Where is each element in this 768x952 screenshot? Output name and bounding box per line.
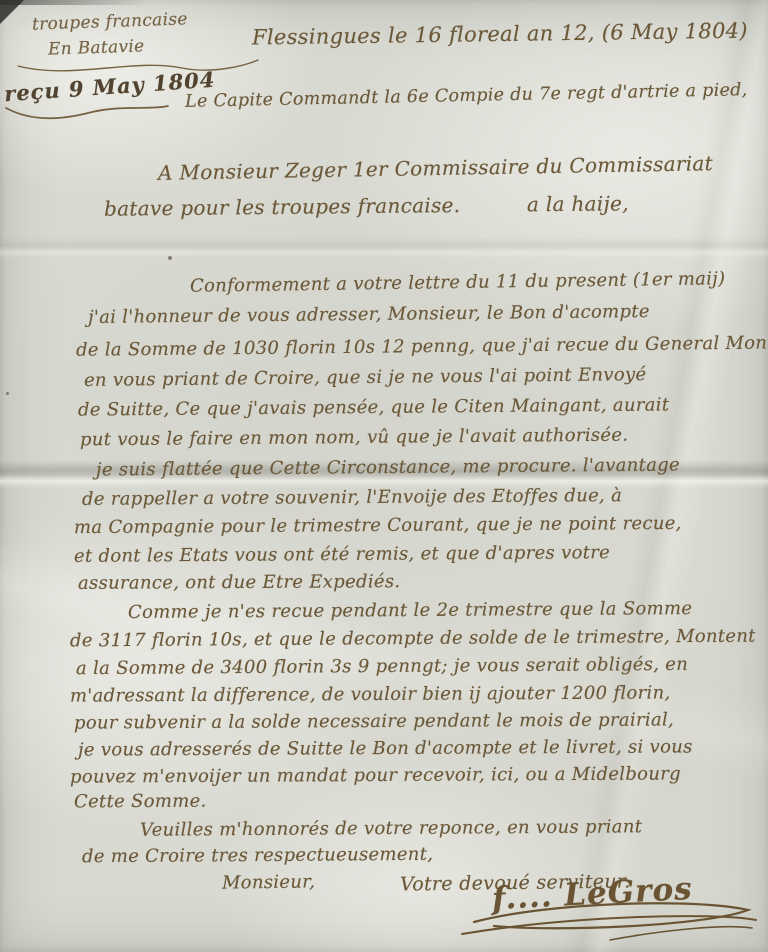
faint-fold-crease [0, 236, 768, 258]
body-line: m'adressant la difference, de vouloir bi… [70, 682, 671, 706]
body-line: de rappeller a votre souvenir, l'Envoije… [82, 485, 622, 510]
recipient-line-2: batave pour les troupes francaise. a la … [104, 191, 629, 220]
body-line: de la Somme de 1030 florin 10s 12 penng,… [76, 332, 768, 361]
photo-corner-shadow [0, 0, 24, 24]
body-line: en vous priant de Croire, que si je ne v… [84, 364, 647, 391]
body-line: put vous le faire en mon nom, vû que je … [80, 425, 628, 451]
body-line: assurance, ont due Etre Expediés. [78, 571, 400, 594]
sender-line: Le Capite Commandt la 6e Compie du 7e re… [185, 80, 748, 112]
annotation-en-batavie: En Batavie [48, 36, 145, 59]
closing-line: Veuilles m'honnorés de votre reponce, en… [140, 816, 642, 841]
body-line: je vous adresserés de Suitte le Bon d'ac… [78, 736, 693, 760]
letter-page: troupes francaise En Batavie reçu 9 May … [0, 0, 768, 952]
closing-line: de me Croire tres respectueusement, [82, 844, 433, 867]
top-edge-shadow [0, 0, 150, 5]
body-line: j'ai l'honneur de vous adresser, Monsieu… [88, 301, 650, 328]
body-line: a la Somme de 3400 florin 3s 9 penngt; j… [76, 654, 688, 679]
body-line: Conformement a votre lettre du 11 du pre… [190, 268, 726, 296]
body-line: de Suitte, Ce que j'avais pensée, que le… [78, 394, 670, 420]
recipient-line-1: A Monsieur Zeger 1er Commissaire du Comm… [158, 151, 713, 185]
body-line: pouvez m'envoijer un mandat pour recevoi… [70, 763, 681, 787]
dateline: Flessingues le 16 floreal an 12, (6 May … [252, 19, 748, 50]
body-line: ma Compagnie pour le trimestre Courant, … [74, 513, 682, 538]
annotation-troupes-francaise: troupes francaise [32, 9, 188, 34]
body-line: et dont les Etats vous ont été remis, et… [74, 542, 610, 567]
photographed-letter: troupes francaise En Batavie reçu 9 May … [0, 0, 768, 952]
body-line: pour subvenir a la solde necessaire pend… [74, 709, 674, 733]
ink-speck [6, 392, 9, 395]
ink-speck [168, 256, 172, 260]
received-flourish [2, 102, 172, 124]
body-line: Comme je n'es recue pendant le 2e trimes… [128, 598, 692, 623]
body-line: de 3117 florin 10s, et que le decompte d… [70, 626, 756, 652]
body-line: je suis flattée que Cette Circonstance, … [96, 454, 680, 480]
salutation: Monsieur, [222, 871, 315, 893]
body-line: Cette Somme. [74, 791, 207, 813]
